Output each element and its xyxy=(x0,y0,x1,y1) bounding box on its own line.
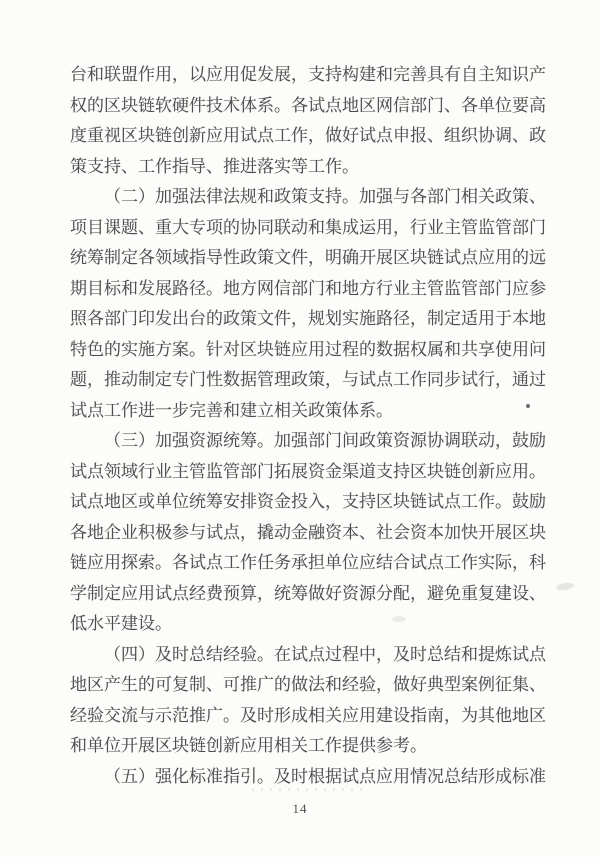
text-line: （五）强化标准指引。及时根据试点应用情况总结形成标准 xyxy=(70,762,548,793)
text-line: 试点地区或单位统筹安排资金投入，支持区块链试点工作。鼓励 xyxy=(70,487,548,518)
text-line: 低水平建设。 xyxy=(70,609,548,640)
document-page: 台和联盟作用，以应用促发展，支持构建和完善具有自主知识产权的区块链软硬件技术体系… xyxy=(0,0,600,857)
text-line: 试点工作进一步完善和建立相关政策体系。 xyxy=(70,396,548,427)
text-line: 台和联盟作用，以应用促发展，支持构建和完善具有自主知识产 xyxy=(70,60,548,91)
text-line: 和单位开展区块链创新应用相关工作提供参考。 xyxy=(70,731,548,762)
text-line: 统筹制定各领域指导性政策文件，明确开展区块链试点应用的远 xyxy=(70,243,548,274)
page-number: 14 xyxy=(0,801,600,817)
text-line: 权的区块链软硬件技术体系。各试点地区网信部门、各单位要高 xyxy=(70,91,548,122)
text-line: 地区产生的可复制、可推广的做法和经验，做好典型案例征集、 xyxy=(70,670,548,701)
text-line: 特色的实施方案。针对区块链应用过程的数据权属和共享使用问 xyxy=(70,335,548,366)
text-line: 链应用探索。各试点工作任务承担单位应结合试点工作实际，科 xyxy=(70,548,548,579)
text-line: 期目标和发展路径。地方网信部门和地方行业主管监管部门应参 xyxy=(70,274,548,305)
text-line: 照各部门印发出台的政策文件，规划实施路径，制定适用于本地 xyxy=(70,304,548,335)
text-line: （四）及时总结经验。在试点过程中，及时总结和提炼试点 xyxy=(70,640,548,671)
text-line: 题，推动制定专门性数据管理政策，与试点工作同步试行，通过 xyxy=(70,365,548,396)
document-body: 台和联盟作用，以应用促发展，支持构建和完善具有自主知识产权的区块链软硬件技术体系… xyxy=(70,60,548,792)
text-line: 试点领域行业主管监管部门拓展资金渠道支持区块链创新应用。 xyxy=(70,457,548,488)
text-line: 各地企业积极参与试点，撬动金融资本、社会资本加快开展区块 xyxy=(70,518,548,549)
scan-artifact-smudge xyxy=(556,582,575,591)
text-line: 度重视区块链创新应用试点工作，做好试点申报、组织协调、政 xyxy=(70,121,548,152)
text-line: （二）加强法律法规和政策支持。加强与各部门相关政策、 xyxy=(70,182,548,213)
text-line: 项目课题、重大专项的协同联动和集成运用，行业主管监管部门 xyxy=(70,213,548,244)
text-line: 学制定应用试点经费预算，统筹做好资源分配，避免重复建设、 xyxy=(70,579,548,610)
text-line: 经验交流与示范推广。及时形成相关应用建设指南，为其他地区 xyxy=(70,701,548,732)
text-line: （三）加强资源统筹。加强部门间政策资源协调联动，鼓励 xyxy=(70,426,548,457)
text-line: 策支持、工作指导、推进落实等工作。 xyxy=(70,152,548,183)
